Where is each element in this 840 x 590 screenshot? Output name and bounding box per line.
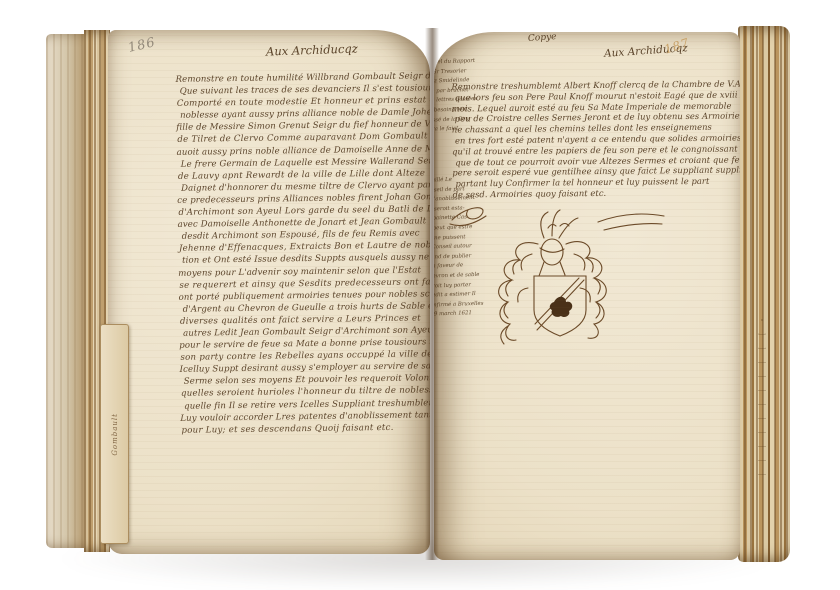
copy-label: Copye	[528, 32, 557, 44]
manuscript-photo: Gombault 186 Aux Archiducqz Remonstre en…	[0, 0, 840, 590]
crest-plumes	[541, 210, 578, 238]
gutter-fold	[425, 28, 439, 560]
left-page-body: Remonstre en toute humilité Willbrand Go…	[175, 70, 430, 436]
left-page-header: Aux Archiducqz	[266, 41, 358, 58]
right-page: Copye Aux Archiducqz 187 Lequel du Rappo…	[434, 32, 740, 560]
bookmark-tab: Gombault	[100, 324, 129, 544]
left-page: 186 Aux Archiducqz Remonstre en toute hu…	[108, 30, 430, 554]
right-page-body: Remonstre treshumblemt Albert Knoff cler…	[451, 79, 736, 201]
helmet-icon	[539, 239, 565, 276]
lion-figure	[550, 297, 572, 317]
shield	[534, 276, 586, 336]
bookmark-tab-label: Gombault	[111, 413, 119, 456]
fore-edge-marks	[758, 314, 766, 484]
page-number-left: 186	[127, 35, 157, 56]
flourish-lines	[598, 214, 664, 230]
coat-of-arms-drawing	[448, 198, 670, 350]
open-book: Gombault 186 Aux Archiducqz Remonstre en…	[46, 24, 790, 564]
paraph-flourish	[450, 208, 486, 226]
mantling-left	[499, 243, 538, 341]
left-cover-edge	[46, 34, 86, 548]
